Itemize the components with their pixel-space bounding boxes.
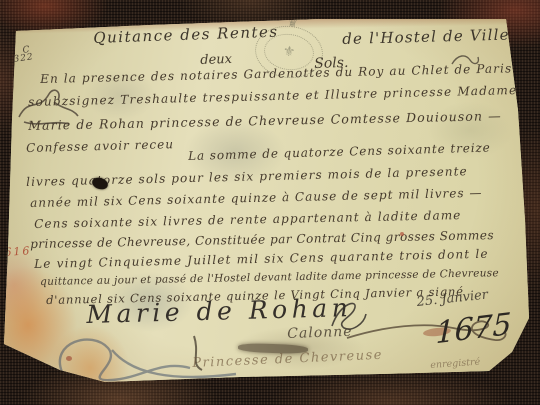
body-line: Confesse avoir receu [26,137,174,155]
margin-code-number: 322 [13,52,34,65]
photograph-of-manuscript: Quitance des Rentes de l'Hostel de Ville… [0,0,540,405]
bottom-registration-note: enregistré [430,357,481,371]
body-line: Le vingt Cinquiesme Juillet mil six Cens… [34,247,489,271]
crown-icon: ♛ [286,15,298,30]
body-line: année mil six Cens soixante quinze à Cau… [30,186,483,210]
body-line: Cens soixante six livres de rente appart… [34,208,462,231]
duty-amount: deux [200,52,232,68]
countersignature: Calonne [287,324,353,342]
body-line: Marie de Rohan princesse de Chevreuse Co… [28,108,502,133]
manuscript-paper: Quitance des Rentes de l'Hostel de Ville… [0,0,540,405]
margin-folio-number: 616 [4,244,32,259]
red-speck [400,232,404,236]
signature-marie-de-rohan: Marie de Rohan [86,293,353,329]
body-line: soubzsignez Treshaulte trespuissante et … [28,83,517,109]
body-line: La somme de quatorze Cens soixante treiz… [188,141,491,163]
header-title-right: de l'Hostel de Ville [342,26,510,48]
etcetera-squiggle-icon [450,52,482,70]
fleur-de-lis-icon: ⚜ [282,43,296,60]
